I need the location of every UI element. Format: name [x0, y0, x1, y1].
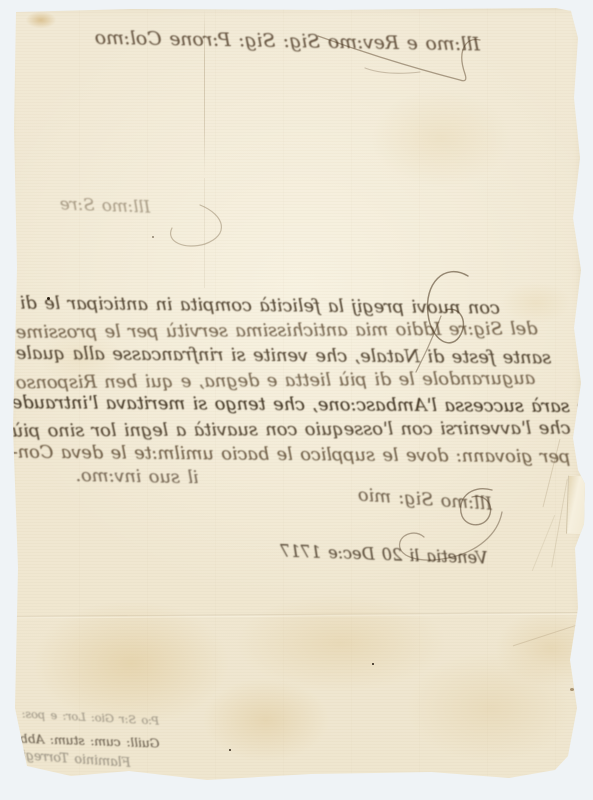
body-line: del Sig:re Iddio mia antichissima servit…: [16, 318, 538, 343]
body-line: e per giovann: dove le supplico le bacio…: [12, 441, 589, 467]
date-line: Venetia li 20 Dec:e 1717: [280, 541, 488, 567]
body-line: sante feste di Natale, che venite si rin…: [16, 343, 552, 369]
body-line: il suo inv:mo.: [76, 465, 199, 488]
fold-crease-vertical-faint: [204, 178, 205, 288]
scanned-letter-image: { "scan": { "scanner_bg": "#eff3f6", "pa…: [0, 0, 593, 800]
letter-page: Ill:mo e Rev:mo Sig: Sig: P:rone Col:mo …: [11, 8, 585, 790]
fold-crease-horizontal: [11, 612, 585, 619]
body-line: augurandole le di più lietta e degna, e …: [16, 368, 536, 394]
ink-fleck: [229, 749, 231, 751]
body-line: e sarà successa l'Ambasc:one, che tengo …: [12, 392, 588, 417]
ink-fleck: [372, 663, 374, 665]
greeting-tail-flourish: [171, 205, 222, 246]
docket-line: Flaminio Torregi: [22, 748, 132, 771]
foxing-spot: [570, 688, 574, 691]
edge-wrinkle: [551, 479, 568, 568]
salutation-line: Ill:mo e Rev:mo Sig: Sig: P:rone Col:mo: [95, 27, 480, 56]
paper-edge-fold: [566, 476, 587, 535]
ink-fleck: [152, 236, 154, 238]
docket-line: Guill: cum: stum: Abb:: [16, 730, 160, 750]
body-line: che l'avvenirsi con l'ossequio con suavi…: [12, 418, 571, 442]
ink-fleck: [47, 297, 50, 300]
corner-crease: [513, 621, 589, 647]
greeting-line: Ill:mo S:re: [60, 194, 151, 217]
body-line: con nuovi pregij la felicità compita in …: [20, 292, 500, 318]
closing-line: Ill:mo Sig: mio: [357, 484, 493, 514]
salutation-underline-flourish: [365, 68, 420, 73]
docket-line: P:o S:r Gio: Lor: e pos:: [22, 706, 160, 727]
corner-shadow-mark: [568, 8, 576, 12]
